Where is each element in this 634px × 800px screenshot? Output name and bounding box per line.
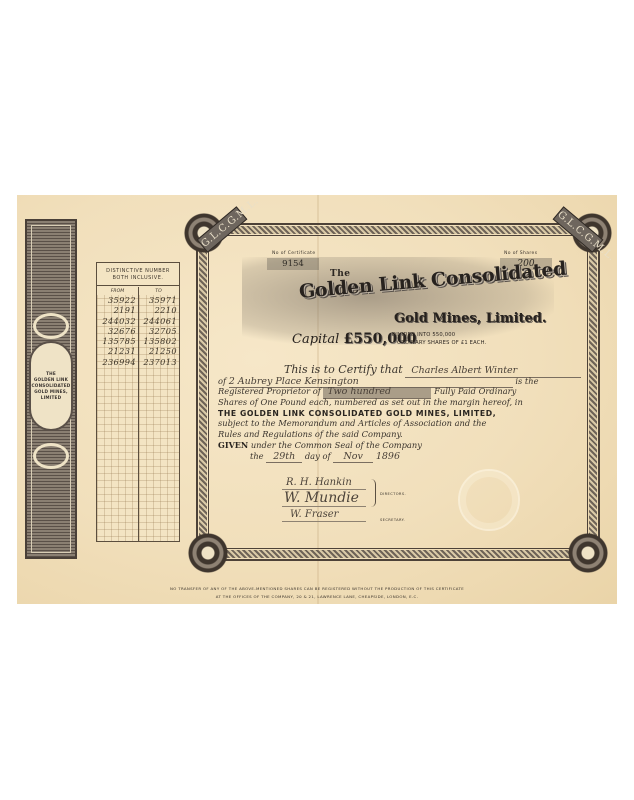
of-text: of	[218, 376, 226, 386]
distinctive-number-table: DISTINCTIVE NUMBER BOTH INCLUSIVE. FROM …	[96, 262, 180, 542]
stub-medallion: THE GOLDEN LINK CONSOLIDATED GOLD MINES,…	[29, 341, 73, 431]
rules-text: Rules and Regulations of the said Compan…	[218, 429, 403, 439]
is-the-text: is the	[515, 376, 538, 386]
table-heading-line: DISTINCTIVE NUMBER	[97, 268, 179, 275]
shares-of-text: Shares of One Pound each, numbered as se…	[218, 397, 523, 407]
certificate-frame: G.L.C.G.M.L. G.L.C.G.M.L. No of Certific…	[182, 207, 614, 577]
office-address: AT THE OFFICES OF THE COMPANY, 20 & 21, …	[17, 594, 617, 599]
secretary-signature: W. Fraser	[290, 509, 338, 520]
share-certificate: THE GOLDEN LINK CONSOLIDATED GOLD MINES,…	[17, 195, 617, 604]
registered-text: Registered Proprietor of	[218, 386, 321, 396]
month-value: Nov	[333, 452, 373, 464]
certificate-number-label: No of Certificate	[272, 251, 316, 256]
director-signature-1: R. H. Hankin	[286, 477, 352, 488]
ornament-loop-icon	[33, 443, 69, 469]
day-of-text: day of	[305, 451, 331, 461]
corner-ornament-icon	[568, 533, 608, 573]
from-number: 2191	[97, 305, 138, 315]
division-line: DIVIDED INTO 550,000	[392, 331, 486, 339]
directors-label: DIRECTORS.	[380, 492, 406, 496]
table-rows: 3592235971219122102440322440613267632705…	[97, 295, 179, 367]
from-number: 135785	[97, 336, 138, 346]
to-number: 237013	[138, 357, 179, 367]
table-row: 3267632705	[97, 326, 179, 336]
under-seal-text: under the Common Seal of the Company	[251, 440, 422, 450]
to-number: 244061	[138, 316, 179, 326]
table-heading-line: BOTH INCLUSIVE.	[97, 275, 179, 282]
share-division-text: DIVIDED INTO 550,000 ORDINARY SHARES OF …	[392, 331, 486, 347]
transfer-notice: NO TRANSFER OF ANY OF THE ABOVE-MENTIONE…	[17, 586, 617, 591]
subject-to-text: subject to the Memorandum and Articles o…	[218, 418, 486, 428]
corner-ornament-icon	[188, 533, 228, 573]
to-number: 35971	[138, 295, 179, 305]
stub-medal-line: LIMITED	[41, 395, 62, 401]
table-row: 3592235971	[97, 295, 179, 305]
table-row: 135785135802	[97, 336, 179, 346]
certificate-number: 9154	[267, 258, 319, 270]
from-number: 21231	[97, 346, 138, 356]
given-text: GIVEN	[218, 440, 248, 450]
shares-number-label: No of Shares	[504, 251, 537, 256]
company-subtitle: Gold Mines, Limited.	[394, 311, 546, 326]
ornament-loop-icon	[33, 313, 69, 339]
certificate-body: This is to Certify that Charles Albert W…	[218, 365, 578, 461]
from-number: 236994	[97, 357, 138, 367]
company-name-caps: THE GOLDEN LINK CONSOLIDATED GOLD MINES,…	[218, 409, 496, 418]
to-number: 21250	[138, 346, 179, 356]
director-signature-2: W. Mundie	[284, 490, 359, 506]
column-from: FROM	[97, 286, 138, 295]
signature-line	[282, 521, 366, 522]
table-row: 236994237013	[97, 357, 179, 367]
to-number: 32705	[138, 326, 179, 336]
from-number: 244032	[97, 316, 138, 326]
table-heading: DISTINCTIVE NUMBER BOTH INCLUSIVE.	[97, 263, 179, 286]
signature-line	[282, 506, 366, 507]
the-text: the	[250, 451, 264, 461]
to-number: 2210	[138, 305, 179, 315]
embossed-seal	[458, 469, 520, 531]
year-value: 1896	[376, 451, 400, 462]
table-row: 2123121250	[97, 346, 179, 356]
directors-brace	[371, 479, 376, 507]
decorative-stub-ribbon: THE GOLDEN LINK CONSOLIDATED GOLD MINES,…	[25, 219, 77, 559]
day-value: 29th	[266, 452, 302, 464]
division-line: ORDINARY SHARES OF £1 EACH.	[392, 339, 486, 347]
capital-label: Capital	[292, 332, 339, 347]
secretary-label: SECRETARY.	[380, 518, 405, 522]
from-number: 32676	[97, 326, 138, 336]
column-to: TO	[138, 286, 179, 295]
fully-paid-text: Fully Paid Ordinary	[434, 386, 516, 396]
to-number: 135802	[138, 336, 179, 346]
from-number: 35922	[97, 295, 138, 305]
table-row: 244032244061	[97, 316, 179, 326]
certify-text: This is to Certify that	[284, 363, 403, 376]
table-row: 21912210	[97, 305, 179, 315]
